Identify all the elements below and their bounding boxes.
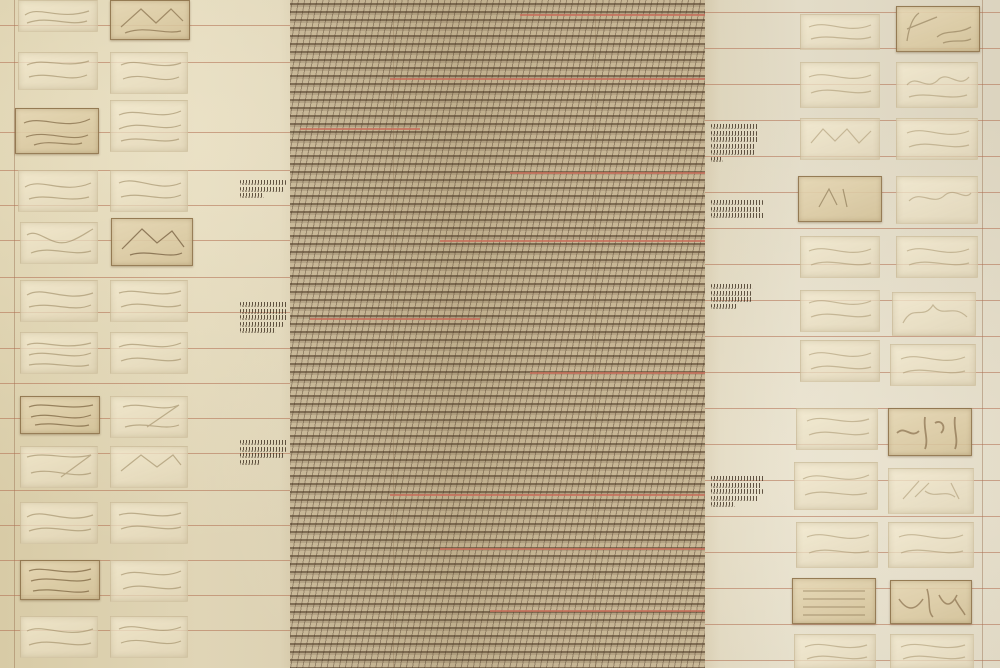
seal-impression — [888, 408, 972, 456]
seal-impression — [888, 522, 974, 568]
seal-impression — [890, 634, 974, 668]
marginal-note-left-2: illegible cursive note — [240, 302, 290, 335]
manuscript-text-column: dense cursive handwriting (illegible at … — [290, 0, 705, 668]
marginal-note-right-1: illegible cursive note — [711, 124, 761, 163]
seal-impression — [896, 176, 978, 224]
seal-impression — [800, 290, 880, 332]
seal-impression — [800, 62, 880, 108]
seal-impression — [111, 218, 193, 266]
seal-impression — [896, 236, 978, 278]
seal-impression — [110, 446, 188, 488]
seal-impression — [110, 52, 188, 94]
seal-impression — [110, 502, 188, 544]
seal-impression — [20, 616, 98, 658]
seal-impression — [888, 468, 974, 514]
seal-impression — [110, 280, 188, 322]
seal-impression — [896, 118, 978, 160]
seal-impression — [798, 176, 882, 222]
marginal-note-left-1: illegible cursive note — [240, 180, 288, 200]
marginal-note-right-2: illegible cursive note — [711, 200, 766, 220]
seal-impression — [18, 52, 98, 90]
seal-impression — [15, 108, 99, 154]
left-margin-edge — [14, 0, 15, 668]
seal-impression — [110, 560, 188, 602]
seal-impression — [796, 408, 878, 450]
seal-impression — [794, 634, 876, 668]
seal-impression — [20, 560, 100, 600]
seal-impression — [110, 100, 188, 152]
seal-impression — [18, 0, 98, 32]
seal-impression — [110, 0, 190, 40]
seal-impression — [896, 6, 980, 52]
seal-impression — [792, 578, 876, 624]
marginal-note-left-3: illegible cursive note — [240, 440, 290, 466]
manuscript-photograph: Aged paper sheet ruled with horizontal l… — [0, 0, 1000, 668]
right-margin-edge — [982, 0, 983, 668]
seal-impression — [20, 332, 98, 374]
seal-impression — [20, 502, 98, 544]
seal-impression — [800, 236, 880, 278]
seal-impression — [20, 280, 98, 322]
seal-impression — [20, 446, 98, 488]
seal-impression — [794, 462, 878, 510]
seal-impression — [110, 332, 188, 374]
seal-impression — [20, 222, 98, 264]
seal-impression — [18, 170, 98, 212]
seal-impression — [890, 344, 976, 386]
seal-impression — [890, 580, 972, 624]
seal-impression — [800, 118, 880, 160]
seal-impression — [110, 170, 188, 212]
seal-impression — [110, 396, 188, 438]
marginal-note-right-3: illegible cursive note — [711, 284, 756, 310]
marginal-note-right-4: illegible cursive note — [711, 476, 767, 509]
seal-impression — [896, 62, 978, 108]
seal-impression — [796, 522, 878, 568]
seal-impression — [800, 14, 880, 50]
seal-impression — [892, 292, 976, 336]
seal-impression — [20, 396, 100, 434]
seal-impression — [110, 616, 188, 658]
seal-impression — [800, 340, 880, 382]
